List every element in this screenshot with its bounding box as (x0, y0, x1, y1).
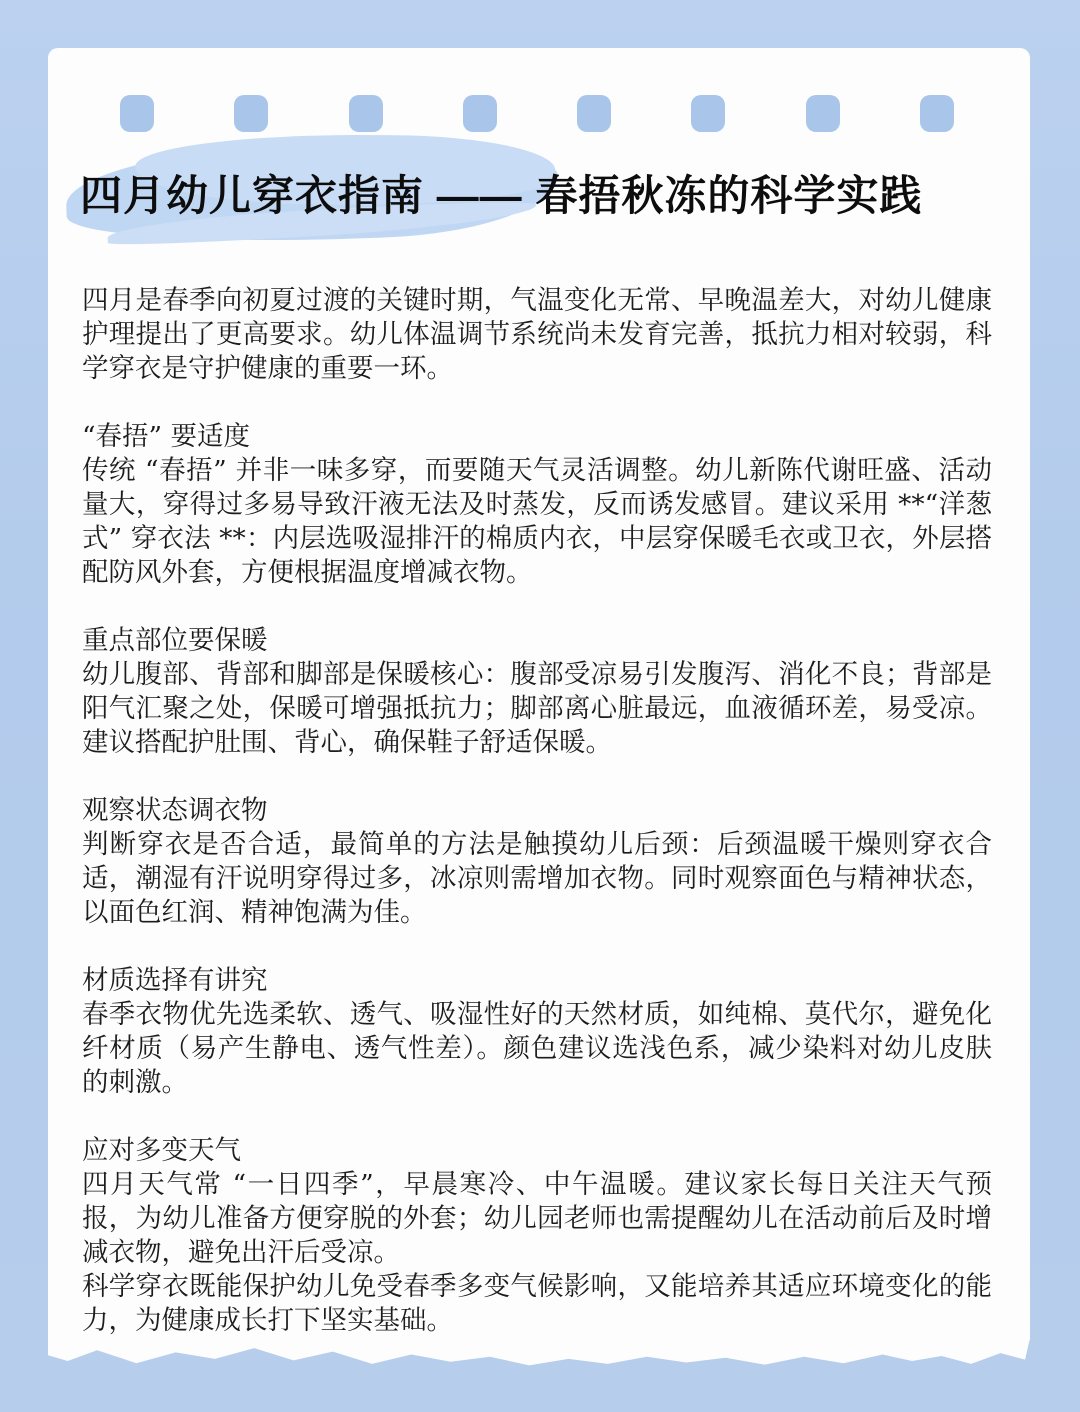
content-section: “春捂” 要适度 传统 “春捂” 并非一味多穿，而要随天气灵活调整。幼儿新陈代谢… (82, 420, 992, 590)
sections: “春捂” 要适度 传统 “春捂” 并非一味多穿，而要随天气灵活调整。幼儿新陈代谢… (82, 420, 992, 1338)
content-section: 材质选择有讲究 春季衣物优先选柔软、透气、吸湿性好的天然材质，如纯棉、莫代尔，避… (82, 964, 992, 1100)
content-section: 应对多变天气 四月天气常 “一日四季”，早晨寒冷、中午温暖。建议家长每日关注天气… (82, 1134, 992, 1338)
section-heading: “春捂” 要适度 (82, 420, 992, 454)
section-paragraphs: 幼儿腹部、背部和脚部是保暖核心：腹部受凉易引发腹泻、消化不良；背部是阳气汇聚之处… (82, 658, 992, 760)
section-heading: 观察状态调衣物 (82, 794, 992, 828)
section-paragraphs: 春季衣物优先选柔软、透气、吸湿性好的天然材质，如纯棉、莫代尔，避免化纤材质（易产… (82, 998, 992, 1100)
note-card: 四月幼儿穿衣指南 —— 春捂秋冻的科学实践 四月是春季向初夏过渡的关键时期，气温… (48, 48, 1030, 1340)
article-body: 四月是春季向初夏过渡的关键时期，气温变化无常、早晚温差大，对幼儿健康护理提出了更… (82, 284, 992, 1338)
section-paragraph: 幼儿腹部、背部和脚部是保暖核心：腹部受凉易引发腹泻、消化不良；背部是阳气汇聚之处… (82, 658, 992, 760)
torn-paper-edge (48, 1338, 1030, 1374)
section-paragraph: 四月天气常 “一日四季”，早晨寒冷、中午温暖。建议家长每日关注天气预报，为幼儿准… (82, 1168, 992, 1270)
film-hole-icon (691, 95, 725, 132)
section-paragraph: 科学穿衣既能保护幼儿免受春季多变气候影响，又能培养其适应环境变化的能力，为健康成… (82, 1270, 992, 1338)
section-heading: 材质选择有讲究 (82, 964, 992, 998)
section-paragraphs: 传统 “春捂” 并非一味多穿，而要随天气灵活调整。幼儿新陈代谢旺盛、活动量大，穿… (82, 454, 992, 590)
section-paragraph: 传统 “春捂” 并非一味多穿，而要随天气灵活调整。幼儿新陈代谢旺盛、活动量大，穿… (82, 454, 992, 590)
section-paragraphs: 四月天气常 “一日四季”，早晨寒冷、中午温暖。建议家长每日关注天气预报，为幼儿准… (82, 1168, 992, 1338)
film-hole-icon (806, 95, 840, 132)
film-hole-icon (577, 95, 611, 132)
page-title: 四月幼儿穿衣指南 —— 春捂秋冻的科学实践 (80, 166, 1002, 226)
film-hole-icon (463, 95, 497, 132)
intro-paragraph: 四月是春季向初夏过渡的关键时期，气温变化无常、早晚温差大，对幼儿健康护理提出了更… (82, 284, 992, 386)
section-heading: 应对多变天气 (82, 1134, 992, 1168)
title-block: 四月幼儿穿衣指南 —— 春捂秋冻的科学实践 (80, 166, 1002, 238)
film-hole-icon (349, 95, 383, 132)
film-perforation-row (48, 48, 1030, 132)
section-paragraph: 判断穿衣是否合适，最简单的方法是触摸幼儿后颈：后颈温暖干燥则穿衣合适，潮湿有汗说… (82, 828, 992, 930)
section-paragraphs: 判断穿衣是否合适，最简单的方法是触摸幼儿后颈：后颈温暖干燥则穿衣合适，潮湿有汗说… (82, 828, 992, 930)
film-hole-icon (120, 95, 154, 132)
film-hole-icon (234, 95, 268, 132)
film-hole-icon (920, 95, 954, 132)
content-section: 重点部位要保暖 幼儿腹部、背部和脚部是保暖核心：腹部受凉易引发腹泻、消化不良；背… (82, 624, 992, 760)
content-section: 观察状态调衣物 判断穿衣是否合适，最简单的方法是触摸幼儿后颈：后颈温暖干燥则穿衣… (82, 794, 992, 930)
section-heading: 重点部位要保暖 (82, 624, 992, 658)
section-paragraph: 春季衣物优先选柔软、透气、吸湿性好的天然材质，如纯棉、莫代尔，避免化纤材质（易产… (82, 998, 992, 1100)
